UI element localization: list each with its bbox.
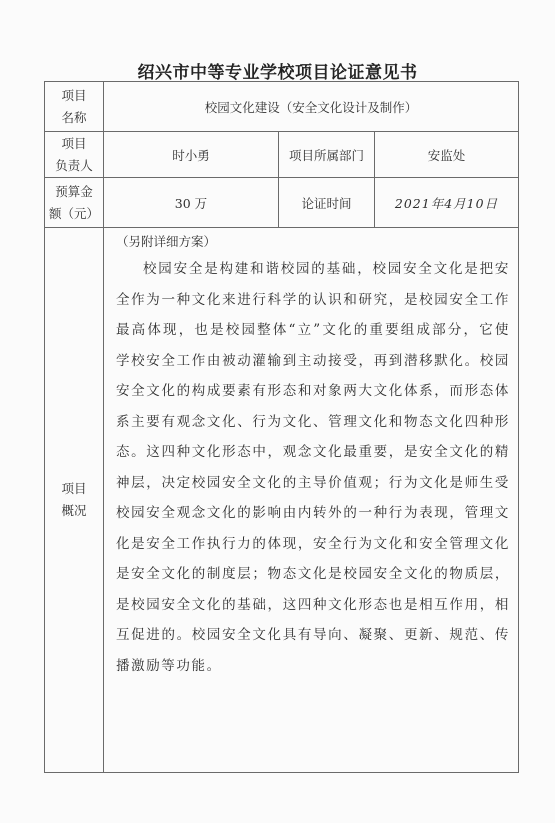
row-overview: 项目 概况 （另附详细方案） 校园安全是构建和谐校园的基础，校园安全文化是把安全…: [45, 228, 519, 773]
project-owner-value: 时小勇: [104, 132, 279, 178]
project-review-form: 项目 名称 校园文化建设（安全文化设计及制作） 项目 负责人 时小勇 项目所属部…: [44, 81, 519, 773]
overview-content: （另附详细方案） 校园安全是构建和谐校园的基础，校园安全文化是把安全作为一种文化…: [104, 228, 519, 773]
overview-label: 项目 概况: [45, 228, 104, 773]
document-title: 绍兴市中等专业学校项目论证意见书: [0, 58, 555, 83]
overview-note: （另附详细方案）: [116, 232, 510, 250]
row-project-name: 项目 名称 校园文化建设（安全文化设计及制作）: [45, 82, 519, 132]
department-label: 项目所属部门: [279, 132, 375, 178]
row-budget: 预算金 额（元） 30 万 论证时间 2021年4月10日: [45, 178, 519, 228]
review-date-label: 论证时间: [279, 178, 375, 228]
project-name-label: 项目 名称: [45, 82, 104, 132]
row-project-owner: 项目 负责人 时小勇 项目所属部门 安监处: [45, 132, 519, 178]
budget-value: 30 万: [104, 178, 279, 228]
budget-label: 预算金 额（元）: [45, 178, 104, 228]
department-value: 安监处: [375, 132, 519, 178]
project-owner-label: 项目 负责人: [45, 132, 104, 178]
project-name-value: 校园文化建设（安全文化设计及制作）: [104, 82, 519, 132]
overview-body: 校园安全是构建和谐校园的基础，校园安全文化是把安全作为一种文化来进行科学的认识和…: [116, 254, 510, 681]
review-date-value: 2021年4月10日: [375, 178, 519, 228]
